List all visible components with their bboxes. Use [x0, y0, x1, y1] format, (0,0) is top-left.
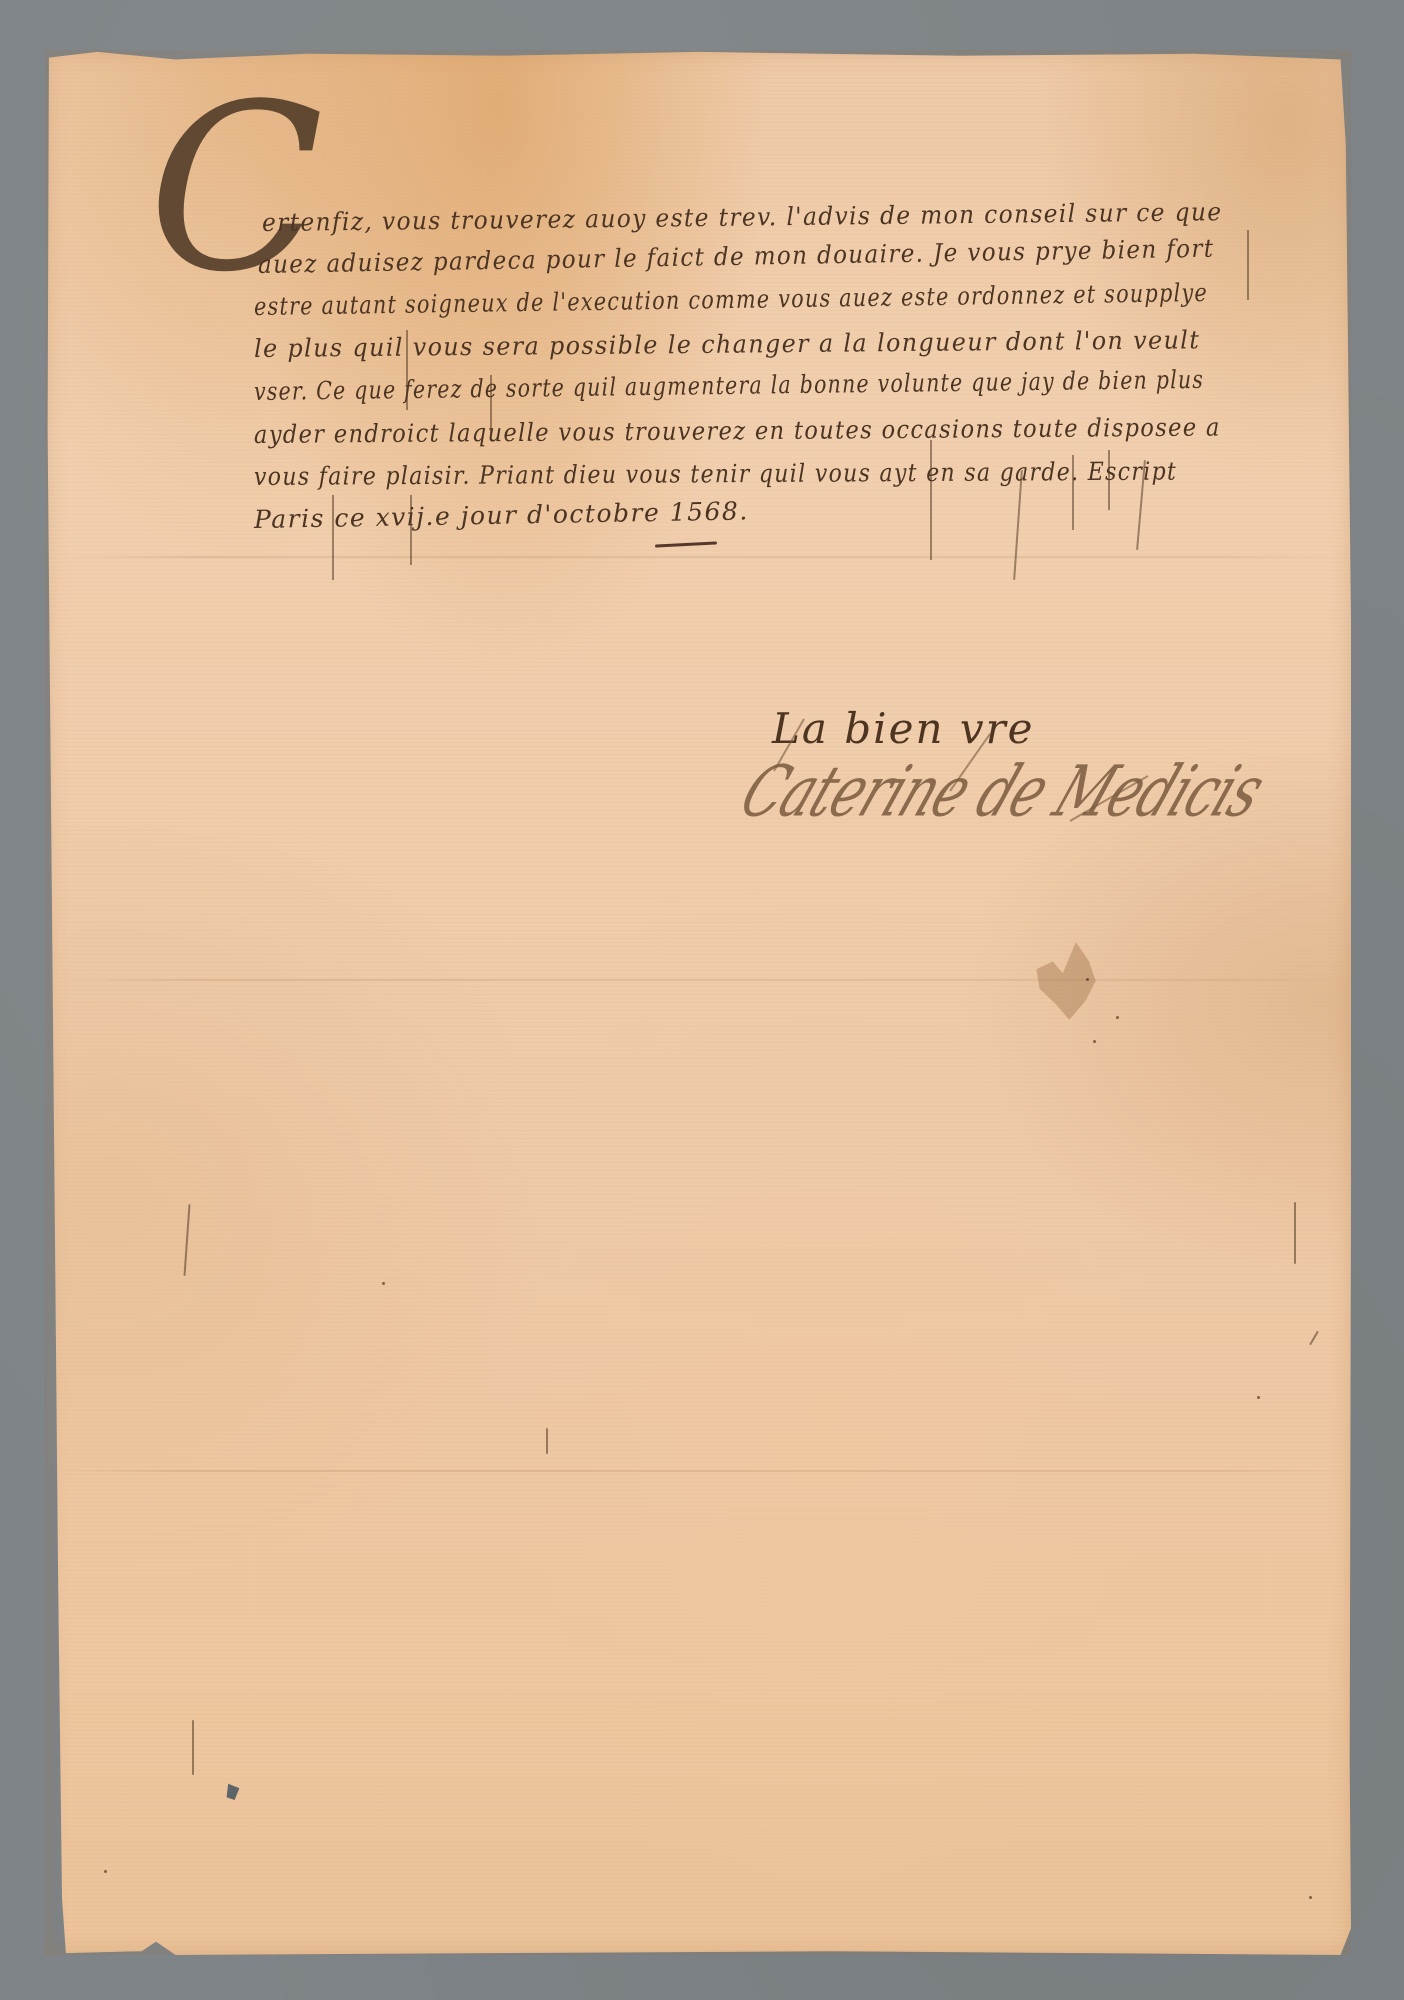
pen-descender — [1072, 455, 1074, 530]
ink-speck — [1086, 978, 1089, 981]
ink-speck — [1093, 1040, 1096, 1043]
ink-scratch — [1294, 1202, 1296, 1264]
ink-speck — [1257, 1396, 1260, 1399]
letter-line-7: vous faire plaisir. Priant dieu vous ten… — [254, 457, 1177, 491]
pen-descender — [1108, 450, 1110, 510]
ink-scratch — [546, 1428, 548, 1454]
pen-descender — [490, 375, 492, 435]
valediction: La bien vre — [772, 704, 1035, 753]
pen-descender — [410, 495, 412, 565]
fold-line-lower — [60, 1470, 1350, 1472]
ink-speck — [382, 1282, 385, 1285]
fold-line-upper — [60, 556, 1350, 558]
ink-speck — [1116, 1016, 1119, 1019]
pen-descender — [930, 440, 932, 560]
pen-descender — [332, 495, 334, 580]
signature: Caterine de Medicis — [729, 752, 1274, 833]
ink-speck — [104, 1870, 107, 1873]
fold-line-middle — [60, 979, 1350, 981]
ink-speck — [1309, 1896, 1312, 1899]
pen-descender — [1247, 230, 1249, 300]
pen-descender — [406, 330, 408, 410]
ink-scratch — [192, 1720, 194, 1775]
